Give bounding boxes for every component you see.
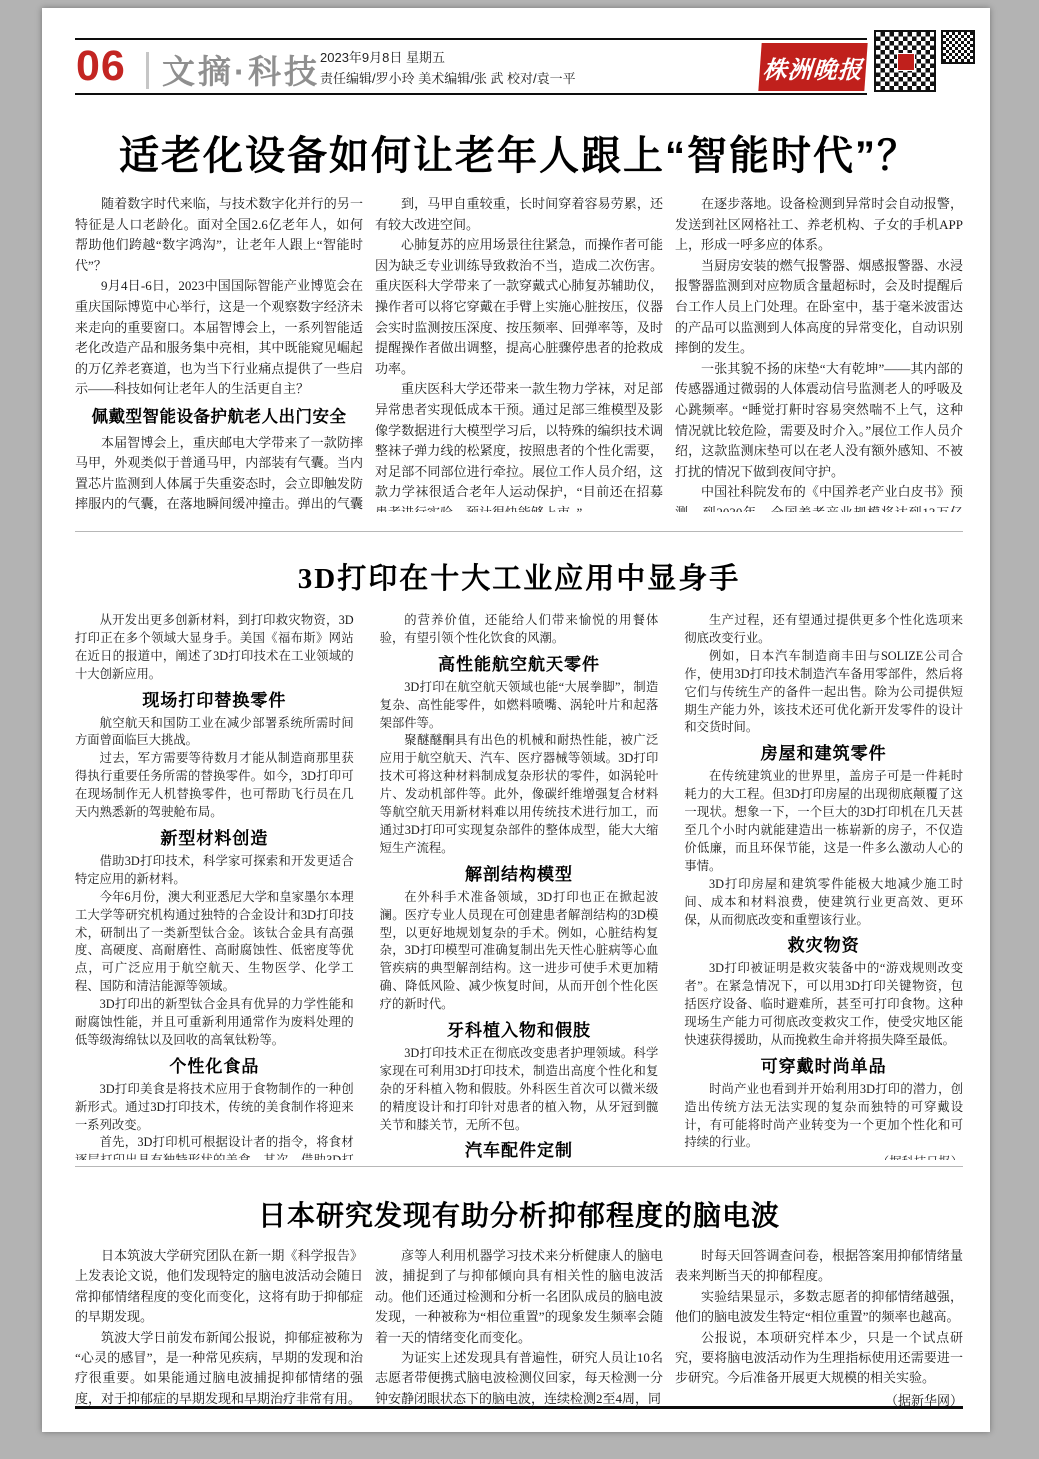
paragraph: 实验结果显示，多数志愿者的抑郁情绪越强，他们的脑电波发生特定“相位重置”的频率也…: [675, 1287, 963, 1328]
header-bottom-rule: [75, 93, 867, 95]
section-separator: [75, 1166, 963, 1167]
paragraph: 3D打印技术正在彻底改变患者护理领域。科学家现在可利用3D打印技术，制造出高度个…: [380, 1045, 659, 1135]
paragraph: 例如，日本汽车制造商丰田与SOLIZE公司合作，使用3D打印技术制造汽车备用零部…: [684, 648, 963, 738]
paragraph: 聚醚醚酮具有出色的机械和耐热性能，被广泛应用于航空航天、汽车、医疗器械等领域。3…: [380, 732, 659, 857]
qr-code-small-icon: [941, 30, 975, 64]
qr-seal-icon: [897, 53, 915, 71]
article-column: 随着数字时代来临，与技术数字化并行的另一特征是人口老龄化。面对全国2.6亿老年人…: [75, 194, 363, 512]
article-column: 时每天回答调查问卷，根据答案用抑郁情绪量表来判断当天的抑郁程度。实验结果显示，多…: [675, 1246, 963, 1406]
article-column: 彦等人利用机器学习技术来分析健康人的脑电波，捕捉到了与抑郁倾向具有相关性的脑电波…: [375, 1246, 663, 1406]
article-title: 日本研究发现有助分析抑郁程度的脑电波: [75, 1194, 963, 1234]
paragraph: 在逐步落地。设备检测到异常时会自动报警，发送到社区网格社工、养老机构、子女的手机…: [675, 194, 963, 256]
header-divider: [146, 52, 149, 89]
article-title: 适老化设备如何让老年人跟上“智能时代”？: [75, 124, 963, 181]
source-citation: （据新华网）: [675, 1391, 963, 1406]
subheading: 房屋和建筑零件: [684, 745, 963, 763]
paragraph: 心肺复苏的应用场景往往紧急，而操作者可能因为缺乏专业训练导致救治不当，造成二次伤…: [375, 235, 663, 379]
subheading: 现场打印替换零件: [75, 692, 354, 710]
paragraph: 时尚产业也看到并开始利用3D打印的潜力，创造出传统方法无法实现的复杂而独特的可穿…: [684, 1081, 963, 1153]
source-citation: （据科技日报）: [684, 1154, 963, 1160]
paragraph: 筑波大学日前发布新闻公报说，抑郁症被称为“心灵的感冒”，是一种常见疾病，早期的发…: [75, 1328, 363, 1406]
paragraph: 到，马甲自重较重，长时间穿着容易劳累，还有较大改进空间。: [375, 194, 663, 235]
paragraph: 重庆医科大学还带来一款生物力学袜，对足部异常患者实现低成本干预。通过足部三维模型…: [375, 379, 663, 512]
subheading: 牙科植入物和假肢: [380, 1022, 659, 1040]
subheading: 救灾物资: [684, 937, 963, 955]
article-column: 从开发出更多创新材料，到打印救灾物资，3D打印正在多个领域大显身手。美国《福布斯…: [75, 612, 354, 1160]
paragraph: 时每天回答调查问卷，根据答案用抑郁情绪量表来判断当天的抑郁程度。: [675, 1246, 963, 1287]
subheading: 新型材料创造: [75, 830, 354, 848]
article-columns: 日本筑波大学研究团队在新一期《科学报告》上发表论文说，他们发现特定的脑电波活动会…: [75, 1246, 963, 1406]
paragraph: 航空航天和国防工业在减少部署系统所需时间方面曾面临巨大挑战。: [75, 715, 354, 751]
paragraph: 生产过程，还有望通过提供更多个性化选项来彻底改变行业。: [684, 612, 963, 648]
paragraph: 3D打印被证明是救灾装备中的“游戏规则改变者”。在紧急情况下，可以用3D打印关键…: [684, 960, 963, 1050]
header-top-rule: [75, 38, 867, 40]
paragraph: 随着数字时代来临，与技术数字化并行的另一特征是人口老龄化。面对全国2.6亿老年人…: [75, 194, 363, 276]
paragraph: 今年6月份，澳大利亚悉尼大学和皇家墨尔本理工大学等研究机构通过独特的合金设计和3…: [75, 889, 354, 996]
newspaper-page: { "page": { "number": "06", "section": "…: [0, 0, 1039, 1459]
paragraph: 3D打印美食是将技术应用于食物制作的一种创新形式。通过3D打印技术，传统的美食制…: [75, 1081, 354, 1135]
article-column: 日本筑波大学研究团队在新一期《科学报告》上发表论文说，他们发现特定的脑电波活动会…: [75, 1246, 363, 1406]
subheading: 个性化食品: [75, 1058, 354, 1076]
article-title: 3D打印在十大工业应用中显身手: [75, 556, 963, 597]
paragraph: 3D打印出的新型钛合金具有优异的力学性能和耐腐蚀性能，并且可重新利用通常作为废料…: [75, 996, 354, 1050]
article-columns: 随着数字时代来临，与技术数字化并行的另一特征是人口老龄化。面对全国2.6亿老年人…: [75, 194, 963, 512]
paragraph: 当厨房安装的燃气报警器、烟感报警器、水浸报警器监测到对应物质含量超标时，会及时提…: [675, 256, 963, 359]
qr-code-icon: [874, 30, 936, 92]
paragraph: 公报说，本项研究样本少，只是一个试点研究，要将脑电波活动作为生理指标使用还需要进…: [675, 1328, 963, 1389]
section-title: 文摘·科技: [162, 46, 320, 93]
paragraph: 借助3D打印技术，科学家可探索和开发更适合特定应用的新材料。: [75, 853, 354, 889]
article-column: 在逐步落地。设备检测到异常时会自动报警，发送到社区网格社工、养老机构、子女的手机…: [675, 194, 963, 512]
subheading: 解剖结构模型: [380, 866, 659, 884]
paragraph: 9月4日-6日，2023中国国际智能产业博览会在重庆国际博览中心举行，这是一个观…: [75, 276, 363, 400]
subheading: 可穿戴时尚单品: [684, 1058, 963, 1076]
paragraph: 在外科手术准备领域，3D打印也正在掀起波澜。医疗专业人员现在可创建患者解剖结构的…: [380, 889, 659, 1014]
article-column: 的营养价值，还能给人们带来愉悦的用餐体验，有望引领个性化饮食的风潮。高性能航空航…: [380, 612, 659, 1160]
publish-date: 2023年9月8日 星期五: [320, 47, 576, 68]
paragraph: 本届智博会上，重庆邮电大学带来了一款防摔马甲，外观类似于普通马甲，内部装有气囊。…: [75, 433, 363, 512]
paragraph: 首先，3D打印机可根据设计者的指令，将食材逐层打印出具有独特形状的美食。其次，借…: [75, 1134, 354, 1160]
article-column: 到，马甲自重较重，长时间穿着容易劳累，还有较大改进空间。心肺复苏的应用场景往往紧…: [375, 194, 663, 512]
paragraph: 为证实上述发现具有普遍性，研究人员让10名志愿者带便携式脑电波检测仪回家，每天检…: [375, 1348, 663, 1406]
article-column: 生产过程，还有望通过提供更多个性化选项来彻底改变行业。例如，日本汽车制造商丰田与…: [684, 612, 963, 1160]
subheading: 佩戴型智能设备护航老人出门安全: [75, 407, 363, 428]
editors-line: 责任编辑/罗小玲 美术编辑/张 武 校对/袁一平: [320, 68, 576, 89]
page-bottom-rule: [75, 1406, 963, 1409]
section-separator: [75, 531, 963, 532]
newspaper-masthead: 株洲晚报: [758, 43, 867, 91]
paragraph: 过去，军方需要等待数月才能从制造商那里获得执行重要任务所需的替换零件。如今，3D…: [75, 750, 354, 822]
paragraph: 日本筑波大学研究团队在新一期《科学报告》上发表论文说，他们发现特定的脑电波活动会…: [75, 1246, 363, 1328]
article-columns: 从开发出更多创新材料，到打印救灾物资，3D打印正在多个领域大显身手。美国《福布斯…: [75, 612, 963, 1160]
paragraph: 的营养价值，还能给人们带来愉悦的用餐体验，有望引领个性化饮食的风潮。: [380, 612, 659, 648]
paragraph: 彦等人利用机器学习技术来分析健康人的脑电波，捕捉到了与抑郁倾向具有相关性的脑电波…: [375, 1246, 663, 1348]
paragraph: 一张其貌不扬的床垫“大有乾坤”——其内部的传感器通过微弱的人体震动信号监测老人的…: [675, 359, 963, 483]
paragraph: 中国社科院发布的《中国养老产业白皮书》预测，到2030年，全国养老产业规模将达到…: [675, 482, 963, 512]
page-number: 06: [76, 42, 126, 91]
paragraph: 3D打印在航空航天领域也能“大展拳脚”，制造复杂、高性能零件，如燃料喷嘴、涡轮叶…: [380, 679, 659, 733]
header-meta: 2023年9月8日 星期五 责任编辑/罗小玲 美术编辑/张 武 校对/袁一平: [320, 47, 576, 89]
paragraph: 从开发出更多创新材料，到打印救灾物资，3D打印正在多个领域大显身手。美国《福布斯…: [75, 612, 354, 684]
paragraph: 在传统建筑业的世界里，盖房子可是一件耗时耗力的大工程。但3D打印房屋的出现彻底颠…: [684, 768, 963, 875]
subheading: 汽车配件定制: [380, 1142, 659, 1160]
subheading: 高性能航空航天零件: [380, 656, 659, 674]
paragraph: 3D打印房屋和建筑零件能极大地减少施工时间、成本和材料浪费，使建筑行业更高效、更…: [684, 876, 963, 930]
